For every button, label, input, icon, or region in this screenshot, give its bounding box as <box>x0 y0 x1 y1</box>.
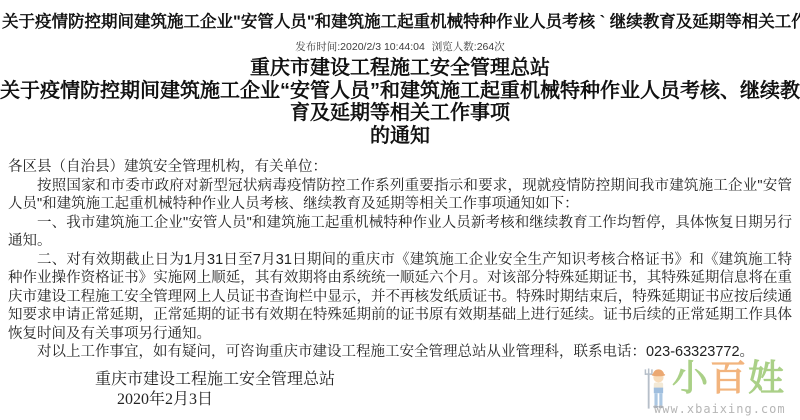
watermark-url: www.xbaixing.com <box>654 403 786 416</box>
heading-tail-line: 的通知 <box>0 125 800 148</box>
page-top-title: 关于疫情防控期间建筑施工企业"安管人员"和建筑施工起重机械特种作业人员考核 ` … <box>2 10 798 34</box>
brand-char-xiao: 小 <box>672 357 710 398</box>
paragraph-intro: 按照国家和市委市政府对新型冠状病毒疫情防控工作系列重要指示和要求，现就疫情防控期… <box>8 177 792 214</box>
view-count: 浏览人数:264次 <box>432 41 505 53</box>
xbaixing-watermark: 小百姓 www.xbaixing.com <box>644 362 794 416</box>
salutation: 各区县（自治县）建筑安全管理机构，有关单位： <box>8 158 792 177</box>
brand-char-xing: 姓 <box>748 357 786 398</box>
brand-char-bai: 百 <box>710 357 748 398</box>
paragraph-item-1: 一、我市建筑施工企业"安管人员"和建筑施工起重机械特种作业人员新考核和继续教育工… <box>8 214 792 251</box>
heading-subject-line: 关于疫情防控期间建筑施工企业“安管人员”和建筑施工起重机械特种作业人员考核、继续… <box>0 80 800 125</box>
heading-org-line: 重庆市建设工程施工安全管理总站 <box>0 57 800 80</box>
publish-time: 发布时间:2020/2/3 10:44:04 <box>295 41 425 53</box>
publish-meta: 发布时间:2020/2/3 10:44:04 浏览人数:264次 <box>0 41 800 54</box>
notice-heading: 重庆市建设工程施工安全管理总站 关于疫情防控期间建筑施工企业“安管人员”和建筑施… <box>0 57 800 147</box>
watermark-brand: 小百姓 <box>672 358 786 398</box>
paragraph-item-2: 二、对有效期截止日为1月31日至7月31日期间的重庆市《建筑施工企业安全生产知识… <box>8 251 792 344</box>
notice-body: 各区县（自治县）建筑安全管理机构，有关单位： 按照国家和市委市政府对新型冠状病毒… <box>8 158 792 362</box>
notice-page: { "doc": { "top_title": "关于疫情防控期间建筑施工企业\… <box>0 0 800 420</box>
